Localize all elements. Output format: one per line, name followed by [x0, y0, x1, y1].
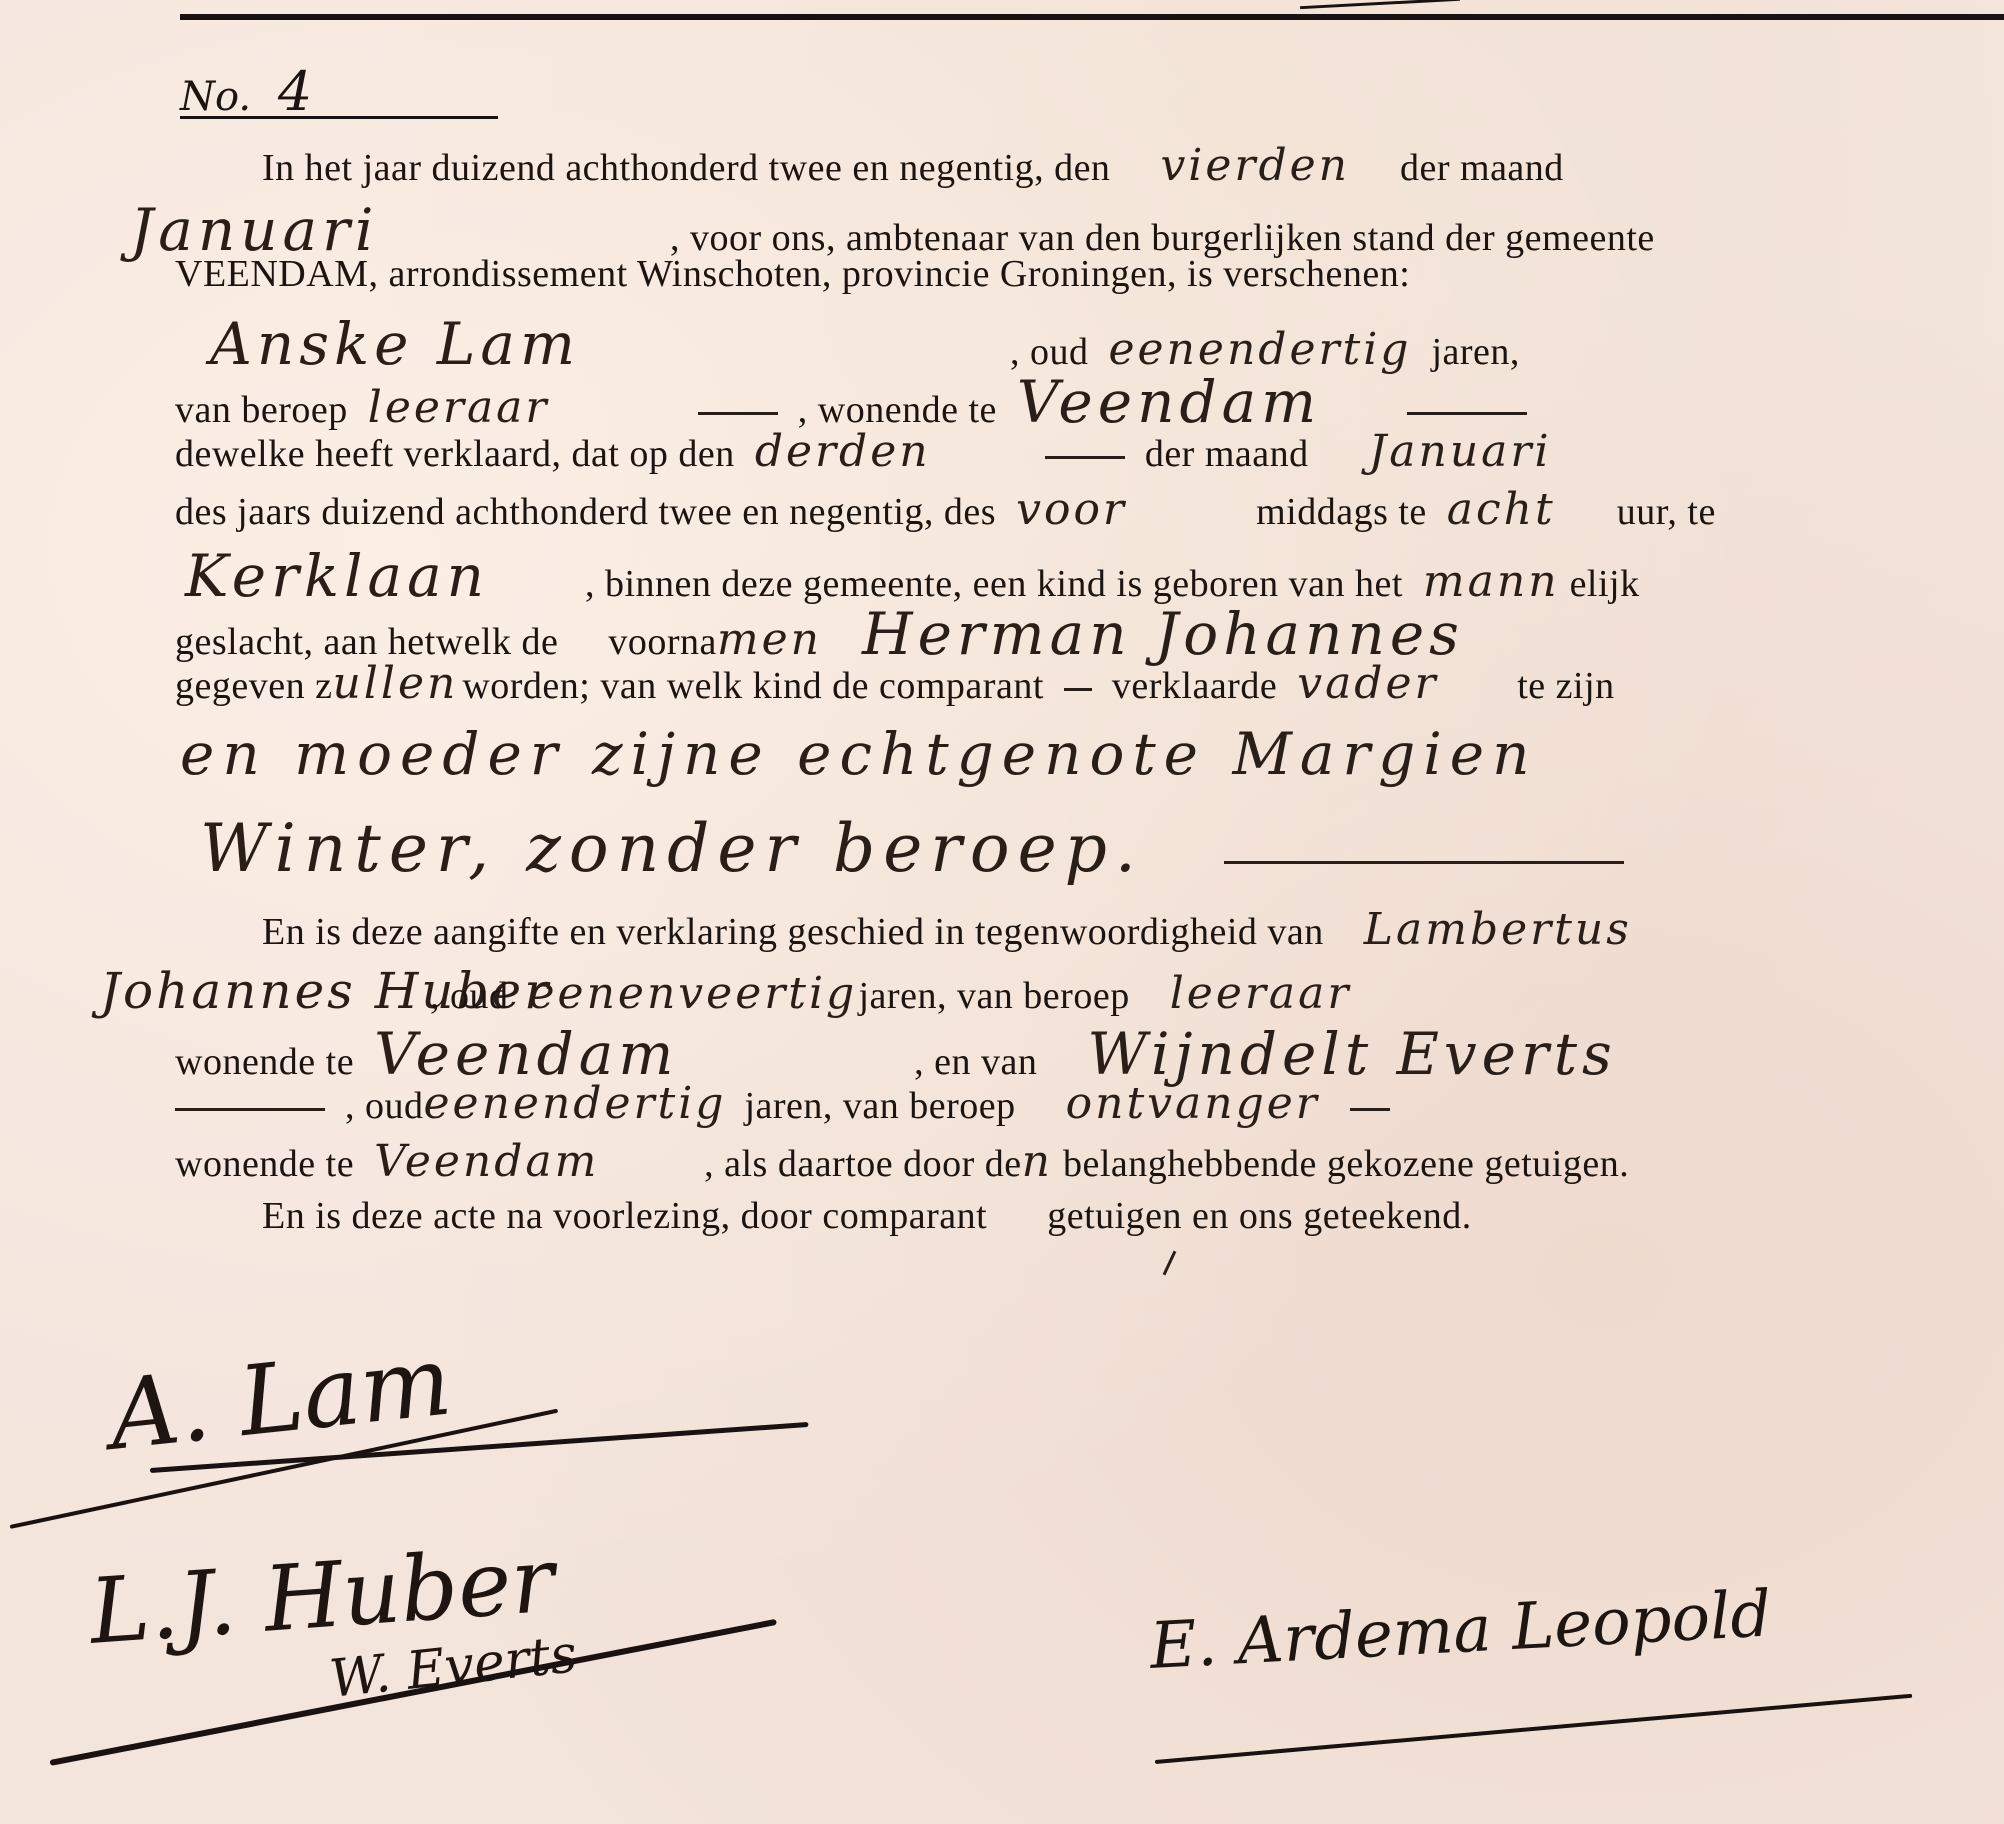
printed-text: der maand [1145, 433, 1309, 475]
printed-text: van beroep [175, 389, 348, 431]
handwritten-day: vierden [1150, 140, 1360, 191]
printed-text: jaren, [1431, 331, 1519, 373]
printed-text: verklaarde [1112, 665, 1277, 707]
text-line-11: en moeder zijne echtgenote Margien [170, 720, 1548, 788]
filler-dash [1350, 1108, 1390, 1111]
printed-text: uur, te [1617, 491, 1716, 533]
text-line-6: dewelke heeft verklaard, dat op den derd… [175, 426, 1562, 477]
filler-dash [1064, 688, 1092, 691]
printed-text: geslacht, aan hetwelk de [175, 621, 558, 663]
printed-text: jaren, van beroep [744, 1085, 1015, 1127]
handwritten-witness1-name: Johannes Huber [90, 962, 430, 1020]
record-number-underline [180, 116, 498, 119]
printed-text: , oud [430, 975, 509, 1017]
ink-tick [1163, 1251, 1177, 1276]
handwritten-birth-day: derden [745, 426, 1025, 477]
printed-text: gegeven z [175, 665, 332, 707]
printed-text: des jaars duizend achthonderd twee en ne… [175, 491, 996, 533]
filler-dash [1407, 412, 1527, 415]
printed-text: middags te [1256, 491, 1427, 533]
printed-text: , en van [914, 1041, 1037, 1083]
top-rule [180, 14, 2004, 20]
printed-text: En is deze aangifte en verklaring geschi… [262, 911, 1324, 953]
handwritten-relation: vader [1287, 658, 1507, 709]
printed-text: belanghebbende gekozene getuigen. [1063, 1143, 1629, 1185]
filler-dash [698, 412, 778, 415]
printed-text: der maand [1400, 147, 1564, 189]
text-line-3: VEENDAM, arrondissement Winschoten, prov… [175, 252, 1410, 296]
handwritten-witness2-occupation: ontvanger [1056, 1078, 1330, 1129]
text-line-13: En is deze aangifte en verklaring geschi… [262, 904, 1642, 955]
handwritten-witness1-occupation: leeraar [1160, 968, 1362, 1019]
handwritten-suffix: ullen [332, 658, 462, 709]
handwritten-mother-surname: Winter, zonder beroep. [190, 810, 1154, 887]
text-line-17: wonende te Veendam, als daartoe door den… [175, 1136, 1629, 1187]
text-line-12: Winter, zonder beroep. [190, 810, 1634, 887]
printed-text: jaren, van beroep [859, 975, 1130, 1017]
printed-text: worden; van welk kind de comparant [462, 665, 1044, 707]
top-ink-stroke [1300, 0, 1460, 9]
handwritten-am-pm: voor [1006, 484, 1246, 535]
printed-text: voorna [608, 621, 717, 663]
filler-dash [1045, 456, 1125, 459]
handwritten-hour: acht [1437, 484, 1607, 535]
handwritten-birth-month: Januari [1359, 426, 1562, 477]
printed-text: getuigen en ons geteekend. [1047, 1195, 1472, 1237]
text-line-14: Johannes Huber, oud eenenveertigjaren, v… [90, 962, 1361, 1020]
signature-registrar: E. Ardema Leopold [1148, 1577, 1773, 1683]
handwritten-witness1-age: eenenveertig [519, 968, 859, 1019]
text-line-7: des jaars duizend achthonderd twee en ne… [175, 484, 1716, 535]
record-number-value: 4 [278, 60, 312, 123]
text-line-10: gegeven zullenworden; van welk kind de c… [175, 658, 1615, 709]
printed-text: En is deze acte na voorlezing, door comp… [262, 1195, 987, 1237]
signature-flourish [1155, 1694, 1912, 1764]
printed-text: VEENDAM, arrondissement Winschoten, prov… [175, 253, 1410, 295]
text-line-1: In het jaar duizend achthonderd twee en … [262, 140, 1564, 191]
handwritten-mother: en moeder zijne echtgenote Margien [170, 720, 1548, 788]
printed-text: , oud [345, 1085, 424, 1127]
printed-text: , binnen deze gemeente, een kind is gebo… [585, 563, 1403, 605]
handwritten-witness2-age: eenendertig [424, 1078, 735, 1129]
printed-text: wonende te [175, 1143, 354, 1185]
printed-text: wonende te [175, 1041, 354, 1083]
filler-dash [1224, 861, 1624, 864]
record-number-label: No. [180, 74, 251, 120]
printed-text: , wonende te [798, 389, 997, 431]
handwritten-correction: n [1022, 1136, 1053, 1187]
text-line-18: En is deze acte na voorlezing, door comp… [262, 1194, 1472, 1238]
printed-text: dewelke heeft verklaard, dat op den [175, 433, 735, 475]
printed-text: elijk [1570, 563, 1640, 605]
text-line-16: , oudeenendertig jaren, van beroep ontva… [175, 1078, 1400, 1129]
record-number: No. 4 [180, 60, 312, 123]
printed-text: , als daartoe door de [704, 1143, 1022, 1185]
handwritten-witness1-first: Lambertus [1354, 904, 1642, 955]
printed-text: In het jaar duizend achthonderd twee en … [262, 147, 1110, 189]
handwritten-witness2-residence: Veendam [364, 1136, 704, 1187]
filler-dash [175, 1108, 325, 1111]
printed-text: te zijn [1517, 665, 1614, 707]
printed-text: , oud [1010, 331, 1089, 373]
